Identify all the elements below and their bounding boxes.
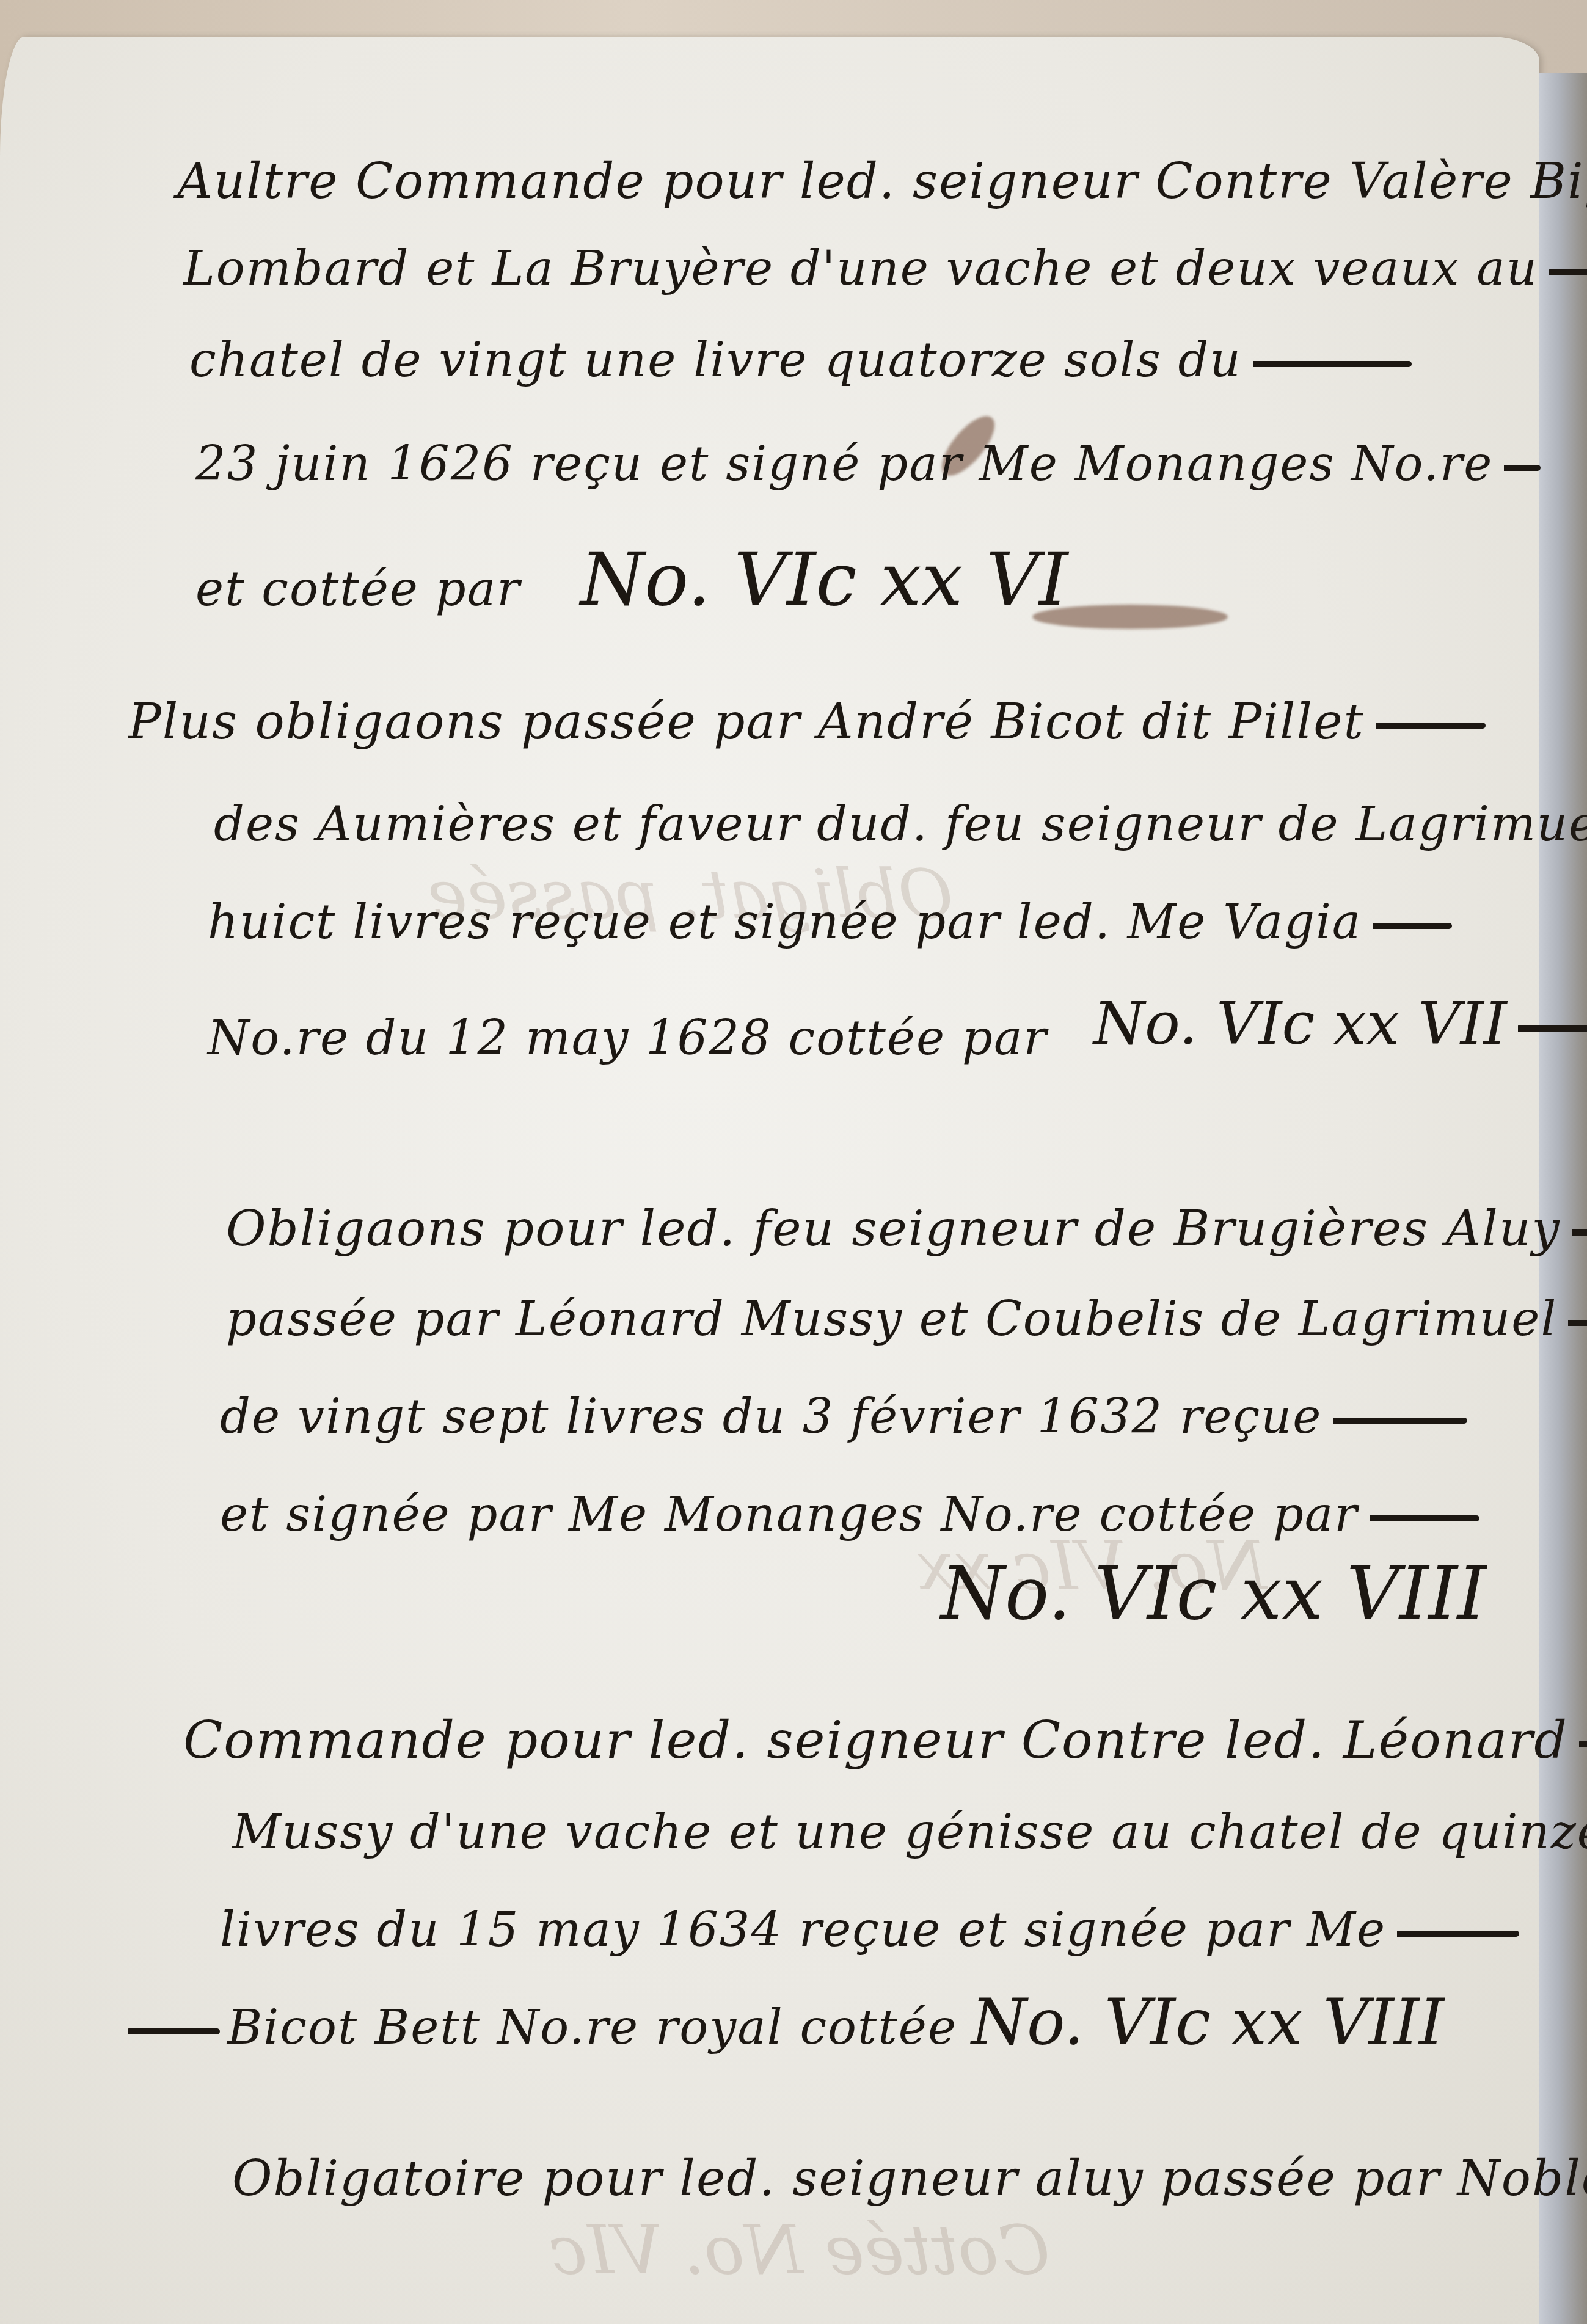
line-filler-stroke (1397, 1931, 1519, 1937)
entry-line: 23 juin 1626 reçu et signé par Me Monang… (195, 437, 1541, 492)
entry-line-text: et signée par Me Monanges No.re cottée p… (220, 1487, 1359, 1542)
bleed-through-text: Cottée No. VIc (550, 2211, 1050, 2289)
entry-line-text: Bicot Bett No.re royal cottée (227, 2000, 957, 2055)
line-filler-stroke (1572, 1229, 1587, 1236)
entry-line-text: huict livres reçue et signée par led. Me… (208, 895, 1362, 950)
entry-line-text: des Aumières et faveur dud. feu seigneur… (214, 797, 1587, 852)
entry-line: No.re du 12 may 1628 cottée par (208, 1011, 1048, 1066)
line-filler-stroke (1333, 1418, 1467, 1424)
entry-line: des Aumières et faveur dud. feu seigneur… (214, 797, 1587, 852)
entry-line-text: Obligatoire pour led. seigneur aluy pass… (232, 2150, 1587, 2207)
entry-line: passée par Léonard Mussy et Coubelis de … (226, 1292, 1587, 1347)
entry-line-text: Obligaons pour led. feu seigneur de Brug… (226, 1200, 1561, 1257)
entry-line-text: Commande pour led. seigneur Contre led. … (183, 1710, 1568, 1770)
entry-line: Aultre Commande pour led. seigneur Contr… (177, 153, 1587, 209)
entry-line: livres du 15 may 1634 reçue et signée pa… (220, 1903, 1519, 1958)
entry-line: Obligatoire pour led. seigneur aluy pass… (232, 2150, 1587, 2207)
line-filler-stroke (1579, 1741, 1587, 1747)
entry-line: et signée par Me Monanges No.re cottée p… (220, 1487, 1479, 1542)
entry-line: chatel de vingt une livre quatorze sols … (189, 333, 1412, 388)
entry-line-text: livres du 15 may 1634 reçue et signée pa… (220, 1903, 1386, 1958)
cote-number: No. VIc xx VIII (941, 1551, 1486, 1636)
line-filler-stroke (1376, 723, 1486, 729)
cote-text: No. VIc xx VII (1093, 989, 1507, 1058)
line-filler-stroke (1370, 1515, 1479, 1521)
line-filler-stroke (1373, 923, 1452, 929)
entry-line: Lombard et La Bruyère d'une vache et deu… (183, 241, 1587, 296)
page-edge (1539, 73, 1587, 2324)
entry-line-text: de vingt sept livres du 3 février 1632 r… (220, 1390, 1322, 1444)
line-filler-stroke (1518, 1025, 1587, 1032)
entry-line-text: Mussy d'une vache et une génisse au chat… (232, 1805, 1587, 1860)
entry-line: et cottée par (195, 562, 520, 617)
entry-line-text: 23 juin 1626 reçu et signé par Me Monang… (195, 437, 1493, 492)
entry-line-text: chatel de vingt une livre quatorze sols … (189, 333, 1242, 388)
entry-line: huict livres reçue et signée par led. Me… (208, 895, 1452, 950)
entry-line: Obligaons pour led. feu seigneur de Brug… (226, 1200, 1587, 1257)
cote-number: No. VIc xx VI (580, 537, 1068, 622)
cote-number: No. VIc xx VIII (971, 1985, 1444, 2060)
entry-line: Bicot Bett No.re royal cottée (128, 2000, 957, 2055)
strikethrough-stroke (128, 2028, 220, 2034)
entry-line: de vingt sept livres du 3 février 1632 r… (220, 1390, 1467, 1444)
entry-line-text: Plus obligaons passée par André Bicot di… (128, 693, 1365, 750)
entry-line-text: Lombard et La Bruyère d'une vache et deu… (183, 241, 1538, 296)
entry-line: Mussy d'une vache et une génisse au chat… (232, 1805, 1587, 1860)
entry-line: Commande pour led. seigneur Contre led. … (183, 1710, 1587, 1770)
line-filler-stroke (1549, 269, 1587, 275)
line-filler-stroke (1253, 361, 1412, 367)
line-filler-stroke (1568, 1320, 1587, 1326)
entry-line-text: passée par Léonard Mussy et Coubelis de … (226, 1292, 1557, 1347)
cote-number: No. VIc xx VII (1093, 989, 1587, 1058)
entry-line: Plus obligaons passée par André Bicot di… (128, 693, 1486, 750)
line-filler-stroke (1504, 465, 1541, 471)
